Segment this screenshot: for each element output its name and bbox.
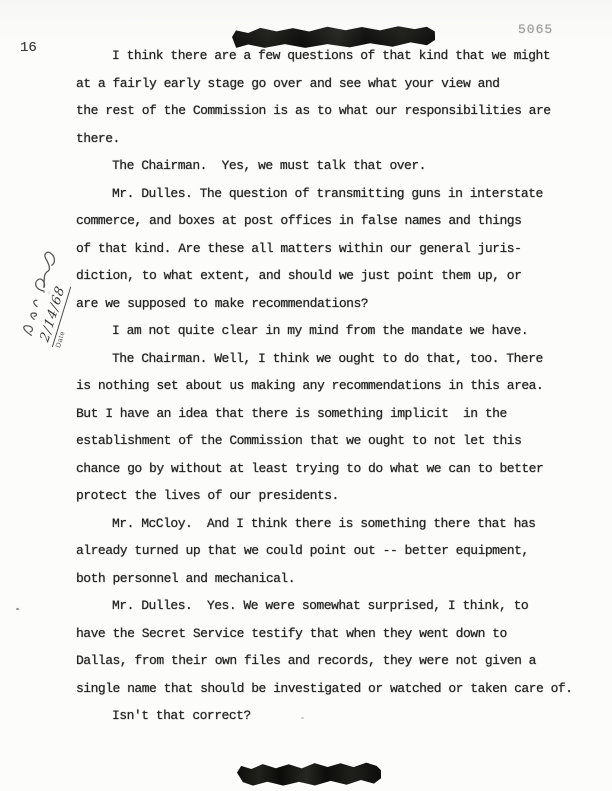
transcript-line: But I have an idea that there is somethi… (76, 406, 596, 434)
redaction-stamp-bottom (237, 761, 381, 787)
transcript-line: Mr. Dulles. The question of transmitting… (76, 186, 596, 214)
transcript-line: Dallas, from their own files and records… (76, 653, 596, 681)
transcript-line: Isn't that correct? (76, 708, 596, 736)
folio-number: 16 (20, 40, 37, 56)
transcript-line: protect the lives of our presidents. (76, 488, 596, 516)
transcript-line: single name that should be investigated … (76, 681, 596, 709)
transcript-line: is nothing set about us making any recom… (76, 378, 596, 406)
scan-speck (16, 608, 19, 610)
transcript-line: diction, to what extent, and should we j… (76, 268, 596, 296)
transcript-line: the rest of the Commission is as to what… (76, 103, 596, 131)
page-serial-number: 5065 (518, 22, 553, 37)
transcript-line: chance go by without at least trying to … (76, 461, 596, 489)
scan-speck (301, 717, 304, 719)
transcript-line: Mr. McCloy. And I think there is somethi… (76, 516, 596, 544)
transcript-line: there. (76, 131, 596, 159)
transcript-line: of that kind. Are these all matters with… (76, 241, 596, 269)
transcript-line: establishment of the Commission that we … (76, 433, 596, 461)
transcript-text: I think there are a few questions of tha… (76, 48, 596, 736)
transcript-line: at a fairly early stage go over and see … (76, 76, 596, 104)
transcript-line: already turned up that we could point ou… (76, 543, 596, 571)
transcript-line: are we supposed to make recommendations? (76, 296, 596, 324)
scan-speck (43, 291, 45, 293)
transcript-line: The Chairman. Yes, we must talk that ove… (76, 158, 596, 186)
transcript-line: Mr. Dulles. Yes. We were somewhat surpri… (76, 598, 596, 626)
transcript-line: commerce, and boxes at post offices in f… (76, 213, 596, 241)
transcript-line: have the Secret Service testify that whe… (76, 626, 596, 654)
redaction-stamp-top (232, 25, 435, 49)
transcript-line: both personnel and mechanical. (76, 571, 596, 599)
transcript-line: The Chairman. Well, I think we ought to … (76, 351, 596, 379)
document-page: 5065 16 2/14/68 Date I think there are a… (0, 0, 612, 791)
transcript-line: I am not quite clear in my mind from the… (76, 323, 596, 351)
transcript-line: I think there are a few questions of tha… (76, 48, 596, 76)
